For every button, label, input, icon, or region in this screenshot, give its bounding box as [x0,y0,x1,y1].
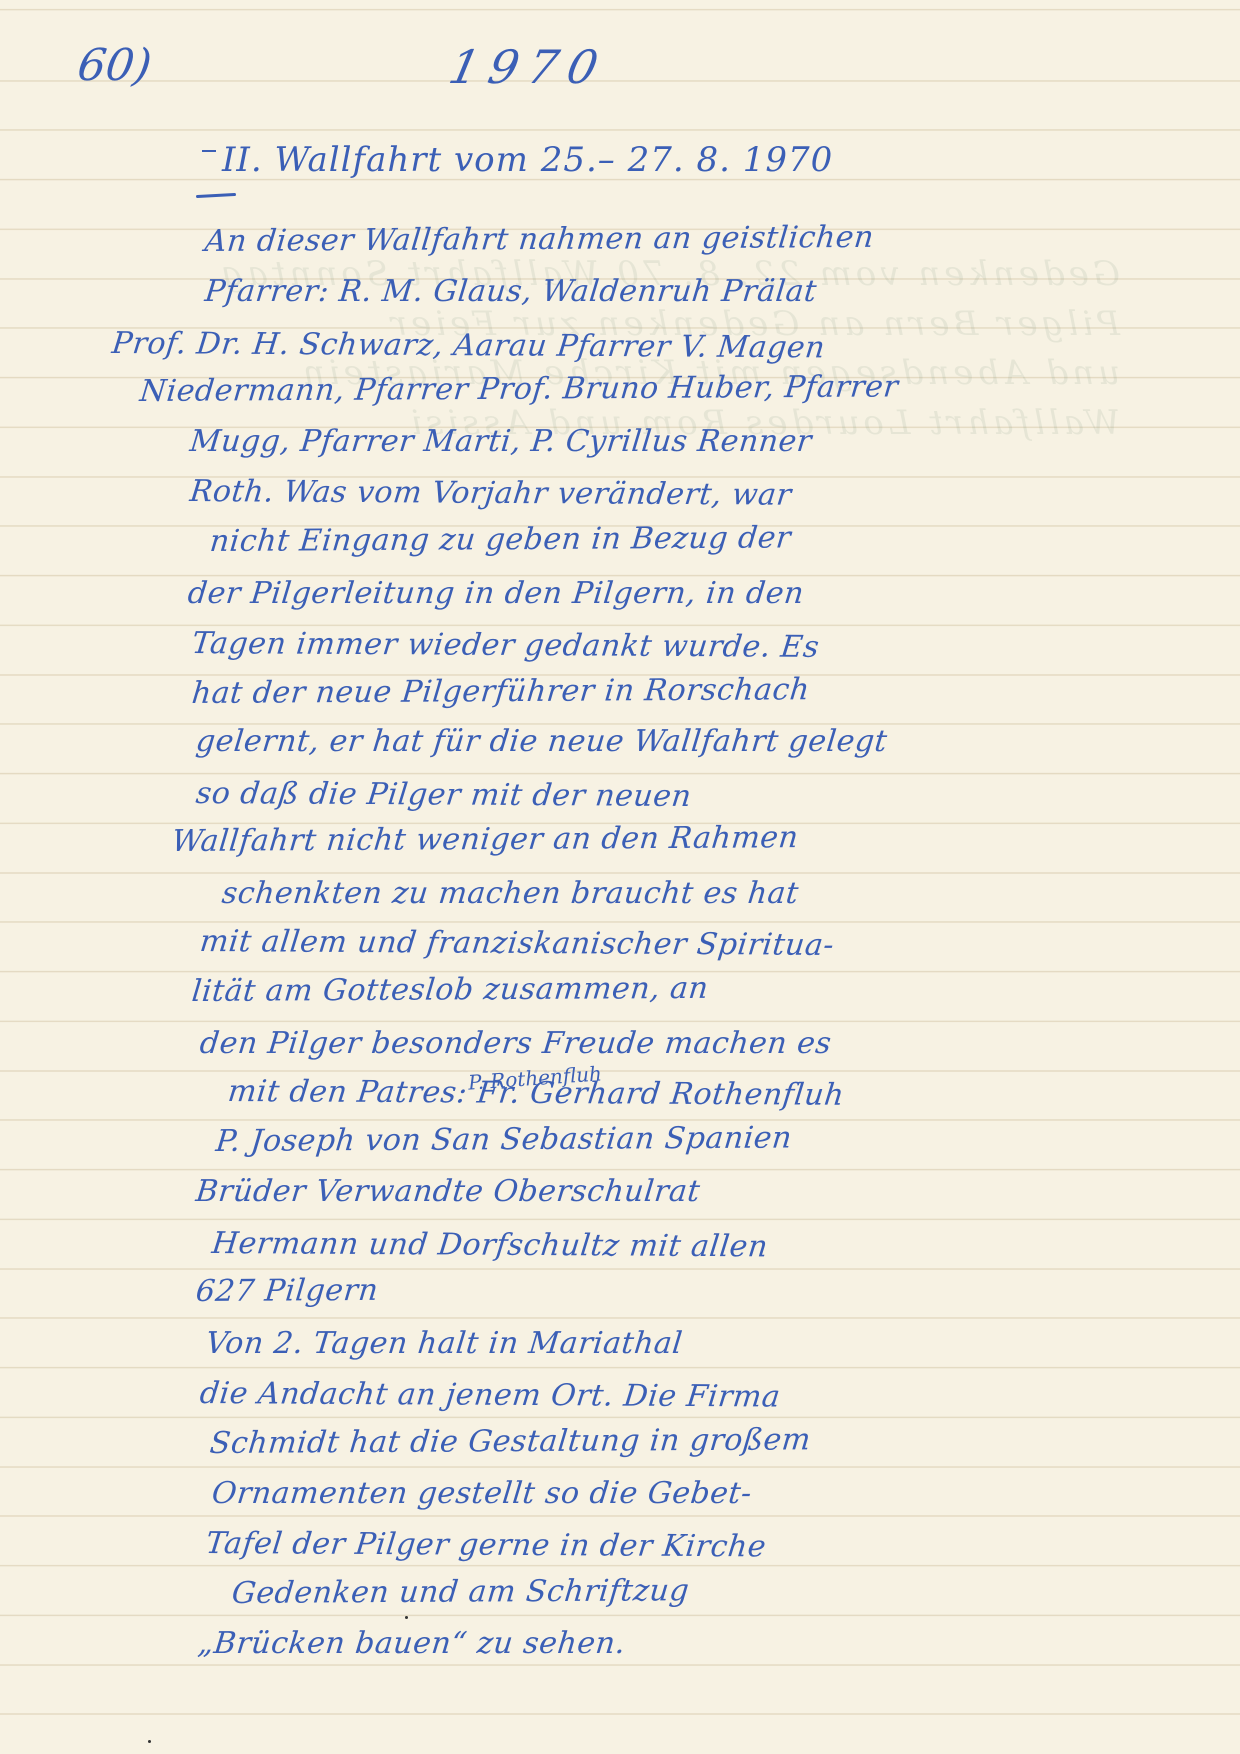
paper-speck [405,1616,408,1619]
handwritten-line: Prof. Dr. H. Schwarz, Aarau Pfarrer V. M… [110,326,827,365]
handwritten-body: An dieser Wallfahrt nahmen an geistliche… [0,0,1240,1754]
notebook-page: Gedenken vom 22. 8. 70 Wallfahrt Sonntag… [0,0,1240,1754]
handwritten-line: gelernt, er hat für die neue Wallfahrt g… [194,724,889,759]
handwritten-line: Gedenken und am Schriftzug [230,1573,691,1611]
handwritten-line: Ornamenten gestellt so die Gebet- [210,1476,753,1511]
handwritten-line: Mugg, Pfarrer Marti, P. Cyrillus Renner [188,424,813,459]
handwritten-line: Roth. Was vom Vorjahr verändert, war [188,474,793,513]
handwritten-line: Tafel der Pilger gerne in der Kirche [204,1526,768,1564]
handwritten-line: An dieser Wallfahrt nahmen an geistliche… [203,220,875,259]
handwritten-line: Tagen immer wieder gedankt wurde. Es [190,626,821,665]
handwritten-line: der Pilgerleitung in den Pilgern, in den [186,576,806,611]
handwritten-line: den Pilger besonders Freude machen es [198,1026,833,1061]
handwritten-line: P. Joseph von San Sebastian Spanien [214,1120,793,1159]
handwritten-line: nicht Eingang zu geben in Bezug der [208,520,792,559]
handwritten-line: Schmidt hat die Gestaltung in großem [208,1422,812,1461]
paper-speck [148,1740,151,1743]
handwritten-line: die Andacht an jenem Ort. Die Firma [198,1376,782,1415]
handwritten-line: Hermann und Dorfschultz mit allen [210,1226,770,1264]
handwritten-line: mit allem und franziskanischer Spiritua- [198,924,836,963]
handwritten-line: schenkten zu machen braucht es hat [220,876,800,911]
handwritten-line: Pfarrer: R. M. Glaus, Waldenruh Prälat [203,274,818,309]
handwritten-line: 627 Pilgern [194,1273,380,1309]
handwritten-line: Wallfahrt nicht weniger an den Rahmen [170,820,800,859]
handwritten-line: Von 2. Tagen halt in Mariathal [204,1326,684,1361]
handwritten-line: lität am Gotteslob zusammen, an [190,971,710,1009]
handwritten-line: so daß die Pilger mit der neuen [194,776,693,814]
handwritten-line: Niedermann, Pfarrer Prof. Bruno Huber, P… [138,369,900,409]
handwritten-line: Brüder Verwandte Oberschulrat [194,1174,702,1209]
handwritten-line: „Brücken bauen“ zu sehen. [196,1626,627,1661]
handwritten-line: hat der neue Pilgerführer in Rorschach [190,672,811,711]
